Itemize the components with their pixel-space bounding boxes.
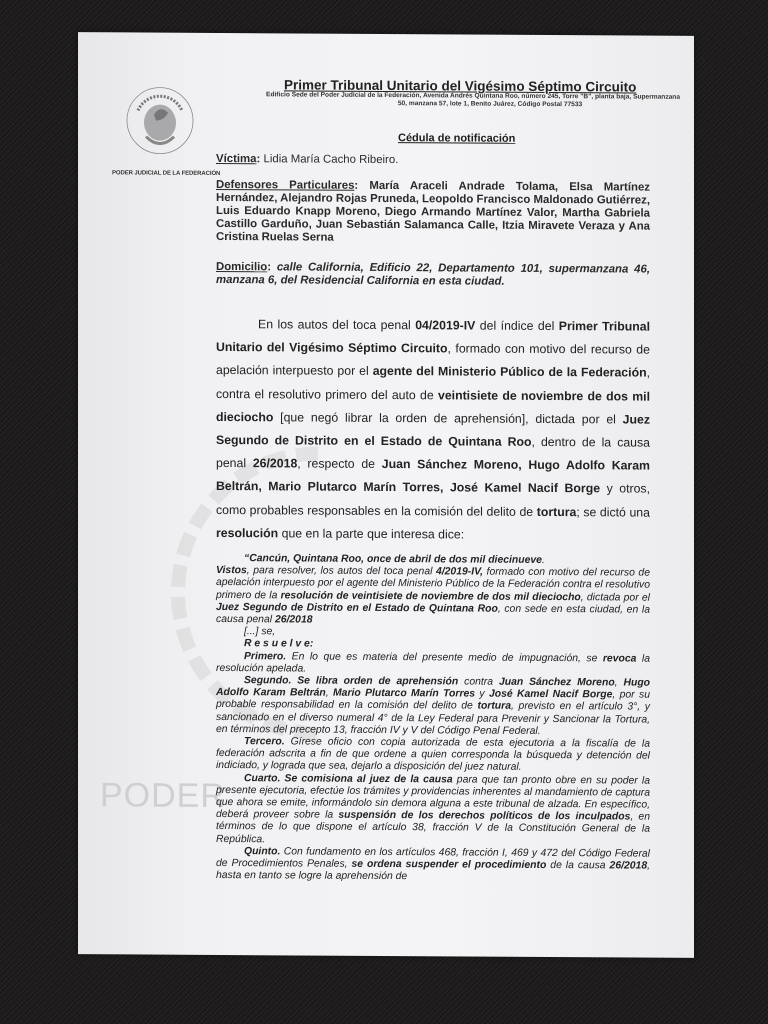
resolutivo-label: Cuarto. Se comisiona al juez de la causa bbox=[244, 773, 453, 785]
quote-text: y bbox=[475, 689, 489, 700]
resolutivo-label: Primero. bbox=[244, 651, 286, 662]
body-text: [que negó librar la orden de aprehensión… bbox=[273, 410, 622, 426]
quote-text: de la causa bbox=[546, 860, 609, 871]
causa-number: 26/2018 bbox=[610, 860, 648, 871]
resolutivo-quinto: Quinto. Con fundamento en los artículos … bbox=[216, 846, 650, 885]
resolutivo-label: Quinto. bbox=[244, 846, 280, 857]
resolutivo-tercero: Tercero. Gírese oficio con copia autoriz… bbox=[216, 736, 650, 775]
quote-bold: revoca bbox=[603, 653, 637, 664]
resolution-word: resolución bbox=[216, 526, 278, 540]
body-text: que en la parte que interesa dice: bbox=[278, 526, 464, 541]
crime: tortura bbox=[478, 701, 511, 712]
defenders-label: Defensores Particulares bbox=[216, 179, 354, 192]
toca-number: 4/2019-IV, bbox=[436, 567, 483, 578]
domicile-block: Domicilio: calle California, Edificio 22… bbox=[216, 261, 650, 290]
court-address: Edificio Sede del Poder Judicial de la F… bbox=[220, 91, 680, 110]
resolutivo-cuarto: Cuarto. Se comisiona al juez de la causa… bbox=[216, 773, 650, 849]
resuelve-heading: R e s u e l v e: bbox=[244, 639, 313, 650]
body-text: del índice del bbox=[475, 319, 558, 334]
body-text: ; se dictó una bbox=[576, 505, 650, 519]
causa-number: 26/2018 bbox=[253, 456, 297, 470]
body-text: , respecto de bbox=[297, 457, 381, 472]
quote-bold: se ordena suspender el procedimiento bbox=[351, 859, 546, 871]
notification-body: En los autos del toca penal 04/2019-IV d… bbox=[216, 313, 650, 548]
document-title: Cédula de notificación bbox=[398, 132, 515, 145]
quoted-resolution: “Cancún, Quintana Roo, once de abril de … bbox=[216, 553, 650, 885]
domicile-address: calle California, Edificio 22, Departame… bbox=[216, 261, 650, 287]
victim-name: Lidia María Cacho Ribeiro. bbox=[264, 153, 399, 166]
resolution-dateline: “Cancún, Quintana Roo, once de abril de … bbox=[244, 553, 542, 566]
appellant: agente del Ministerio Público de la Fede… bbox=[373, 364, 647, 380]
judge-name: Juez Segundo de Distrito en el Estado de… bbox=[216, 602, 498, 615]
toca-number: 04/2019-IV bbox=[415, 318, 475, 332]
resolutivo-label: Tercero. bbox=[244, 736, 285, 747]
institution-label: PODER JUDICIAL DE LA FEDERACIÓN bbox=[112, 170, 220, 177]
quote-text: , bbox=[326, 688, 333, 699]
quote-text: contra bbox=[458, 676, 499, 687]
causa-number: 26/2018 bbox=[275, 614, 313, 625]
resolutivo-primero: Primero. En lo que es materia del presen… bbox=[216, 651, 650, 678]
victim-line: Víctima: Lidia María Cacho Ribeiro. bbox=[216, 153, 650, 169]
quote-text: , dictada por el bbox=[581, 592, 650, 603]
quote-text: En lo que es materia del presente medio … bbox=[286, 651, 603, 664]
resolution-date: resolución de veintisiete de noviembre d… bbox=[281, 590, 581, 603]
body-text: En los autos del toca penal bbox=[258, 317, 415, 332]
accused-name: Mario Plutarco Marín Torres bbox=[333, 688, 475, 700]
quote-text: , para resolver, los autos del toca pena… bbox=[247, 565, 436, 577]
accused-name: José Kamel Nacif Borge bbox=[489, 689, 612, 701]
quote-bold: suspensión de los derechos políticos de … bbox=[338, 810, 630, 823]
crime: tortura bbox=[537, 505, 577, 519]
defenders-block: Defensores Particulares: María Araceli A… bbox=[216, 179, 650, 247]
mexican-coat-of-arms-icon bbox=[124, 80, 196, 160]
domicile-label: Domicilio bbox=[216, 261, 267, 273]
accused-name: Juan Sánchez Moreno bbox=[499, 677, 615, 689]
vistos-label: Vistos bbox=[216, 565, 247, 576]
resolutivo-label: Segundo. Se libra orden de aprehensión bbox=[244, 675, 458, 687]
watermark-text: PODER bbox=[100, 776, 226, 816]
victim-label: Víctima bbox=[216, 153, 257, 165]
resolutivo-segundo: Segundo. Se libra orden de aprehensión c… bbox=[216, 675, 650, 739]
notification-document: PODER JUDICIAL DE LA FEDERACIÓN Primer T… bbox=[78, 32, 694, 958]
